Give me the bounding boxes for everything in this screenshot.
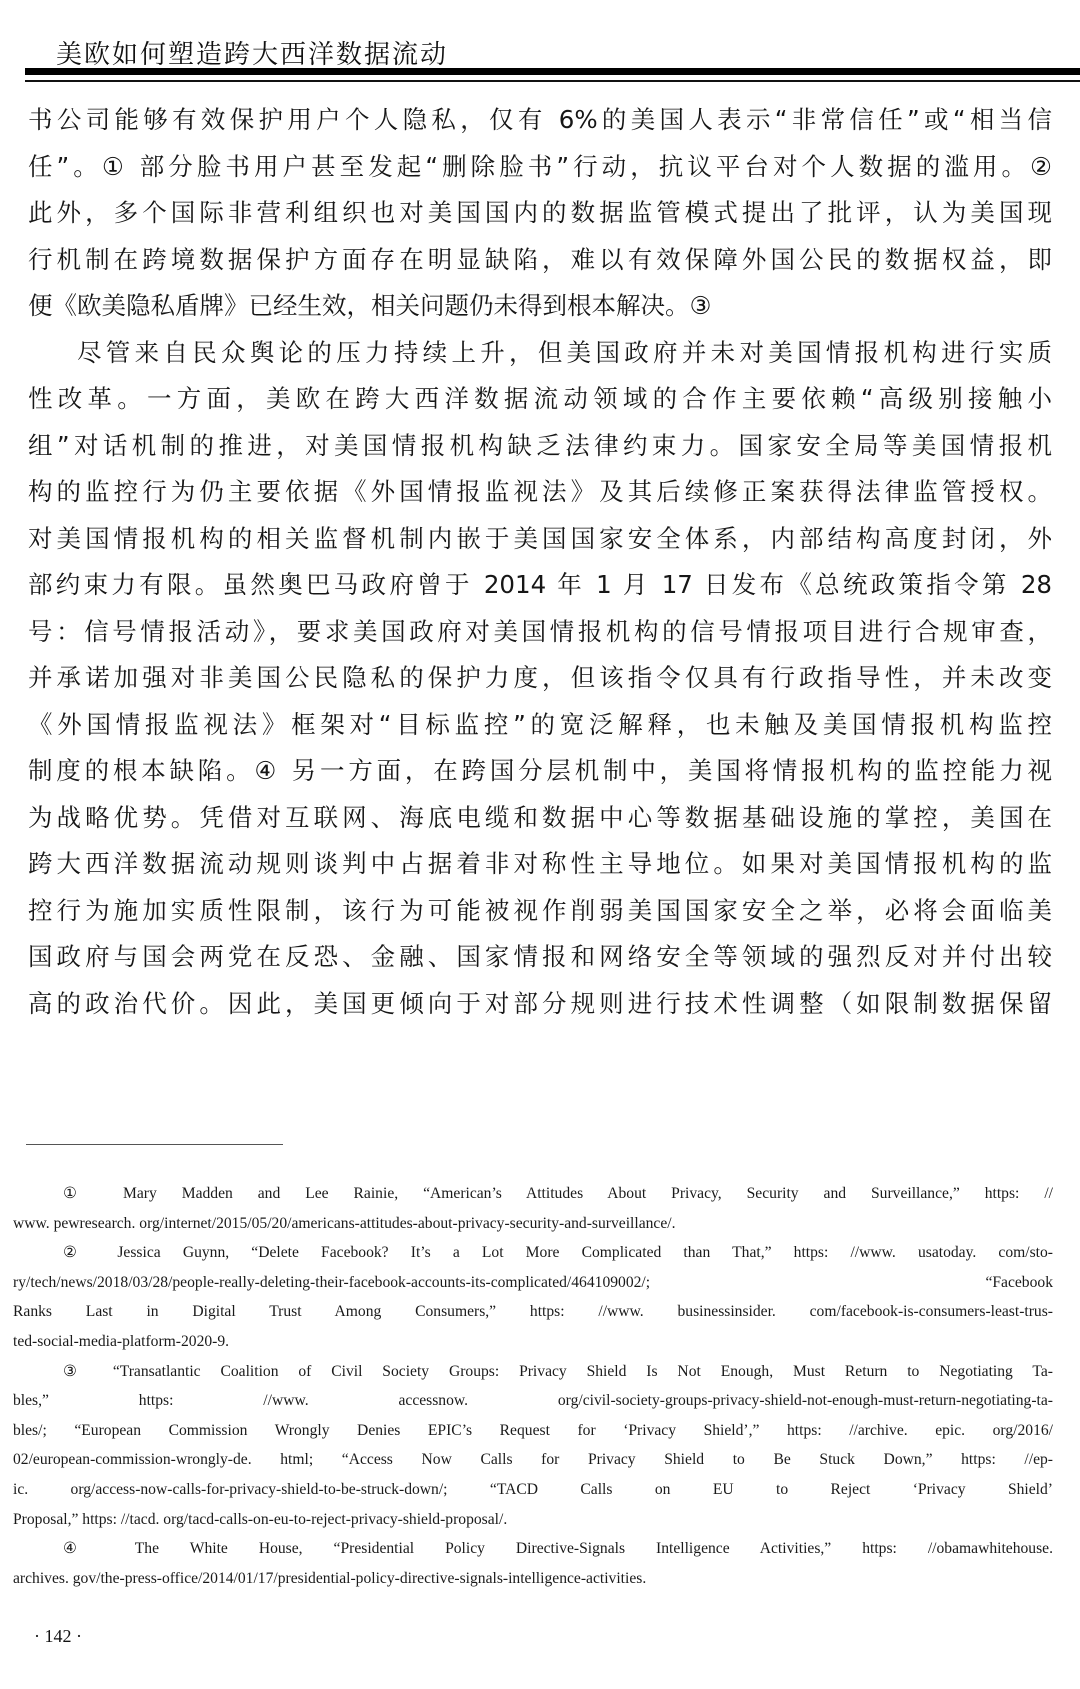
body-line: 构的监控行为仍主要依据《外国情报监视法》及其后续修正案获得法律监管授权。 xyxy=(28,469,1052,516)
body-line: 高的政治代价。因此，美国更倾向于对部分规则进行技术性调整（如限制数据保留 xyxy=(28,981,1052,1028)
body-line: 便《欧美隐私盾牌》已经生效，相关问题仍未得到根本解决。③ xyxy=(28,283,1052,330)
footnote-line: ic. org/access-now-calls-for-privacy-shi… xyxy=(13,1475,1053,1505)
footnote-line: archives. gov/the-press-office/2014/01/1… xyxy=(13,1564,1053,1594)
body-line: 组”对话机制的推进，对美国情报机构缺乏法律约束力。国家安全局等美国情报机 xyxy=(28,423,1052,470)
footnote-separator xyxy=(26,1144,283,1145)
footnote-line: www. pewresearch. org/internet/2015/05/2… xyxy=(13,1209,1053,1239)
footnote-3: ③ “Transatlantic Coalition of Civil Soci… xyxy=(13,1357,1053,1387)
body-line: 性改革。一方面，美欧在跨大西洋数据流动领域的合作主要依赖“高级别接触小 xyxy=(28,376,1052,423)
footnote-line: 02/european-commission-wrongly-de. html;… xyxy=(13,1445,1053,1475)
footnote-1: ① Mary Madden and Lee Rainie, “American’… xyxy=(13,1179,1053,1209)
body-line: 跨大西洋数据流动规则谈判中占据着非对称性主导地位。如果对美国情报机构的监 xyxy=(28,841,1052,888)
body-line: 并承诺加强对非美国公民隐私的保护力度，但该指令仅具有行政指导性，并未改变 xyxy=(28,655,1052,702)
footnote-line: Proposal,” https: //tacd. org/tacd-calls… xyxy=(13,1505,1053,1535)
footnote-line: ry/tech/news/2018/03/28/people-really-de… xyxy=(13,1268,1053,1298)
body-line: 对美国情报机构的相关监督机制内嵌于美国国家安全体系，内部结构高度封闭，外 xyxy=(28,516,1052,563)
footnote-line: bles,” https: //www. accessnow. org/civi… xyxy=(13,1386,1053,1416)
body-line: 行机制在跨境数据保护方面存在明显缺陷，难以有效保障外国公民的数据权益，即 xyxy=(28,237,1052,284)
footnote-line: bles/; “European Commission Wrongly Deni… xyxy=(13,1416,1053,1446)
body-line: 控行为施加实质性限制，该行为可能被视作削弱美国国家安全之举，必将会面临美 xyxy=(28,888,1052,935)
body-line: 为战略优势。凭借对互联网、海底电缆和数据中心等数据基础设施的掌控，美国在 xyxy=(28,795,1052,842)
document-page: 美欧如何塑造跨大西洋数据流动 书公司能够有效保护用户个人隐私，仅有 6%的美国人… xyxy=(0,0,1080,1689)
footnote-2: ② Jessica Guynn, “Delete Facebook? It’s … xyxy=(13,1238,1053,1268)
body-text: 书公司能够有效保护用户个人隐私，仅有 6%的美国人表示“非常信任”或“相当信 任… xyxy=(28,97,1052,1027)
body-line: 部约束力有限。虽然奥巴马政府曾于 2014 年 1 月 17 日发布《总统政策指… xyxy=(28,562,1052,609)
body-line: 任”。① 部分脸书用户甚至发起“删除脸书”行动，抗议平台对个人数据的滥用。② xyxy=(28,144,1052,191)
body-line: 制度的根本缺陷。④ 另一方面，在跨国分层机制中，美国将情报机构的监控能力视 xyxy=(28,748,1052,795)
page-number: · 142 · xyxy=(34,1626,82,1647)
body-line: 国政府与国会两党在反恐、金融、国家情报和网络安全等领域的强烈反对并付出较 xyxy=(28,934,1052,981)
body-line: 《外国情报监视法》框架对“目标监控”的宽泛解释，也未触及美国情报机构监控 xyxy=(28,702,1052,749)
paragraph-start: 尽管来自民众舆论的压力持续上升，但美国政府并未对美国情报机构进行实质 xyxy=(28,330,1052,377)
footnote-line: ted-social-media-platform-2020-9. xyxy=(13,1327,1053,1357)
body-line: 此外，多个国际非营利组织也对美国国内的数据监管模式提出了批评，认为美国现 xyxy=(28,190,1052,237)
footnote-4: ④ The White House, “Presidential Policy … xyxy=(13,1534,1053,1564)
body-line: 号：信号情报活动》，要求美国政府对美国情报机构的信号情报项目进行合规审查， xyxy=(28,609,1052,656)
body-line: 书公司能够有效保护用户个人隐私，仅有 6%的美国人表示“非常信任”或“相当信 xyxy=(28,97,1052,144)
running-header-title: 美欧如何塑造跨大西洋数据流动 xyxy=(56,34,448,71)
header-rule-thin xyxy=(25,80,1080,82)
footnote-line: Ranks Last in Digital Trust Among Consum… xyxy=(13,1297,1053,1327)
header-rule-thick xyxy=(25,68,1080,75)
footnotes: ① Mary Madden and Lee Rainie, “American’… xyxy=(13,1179,1053,1593)
